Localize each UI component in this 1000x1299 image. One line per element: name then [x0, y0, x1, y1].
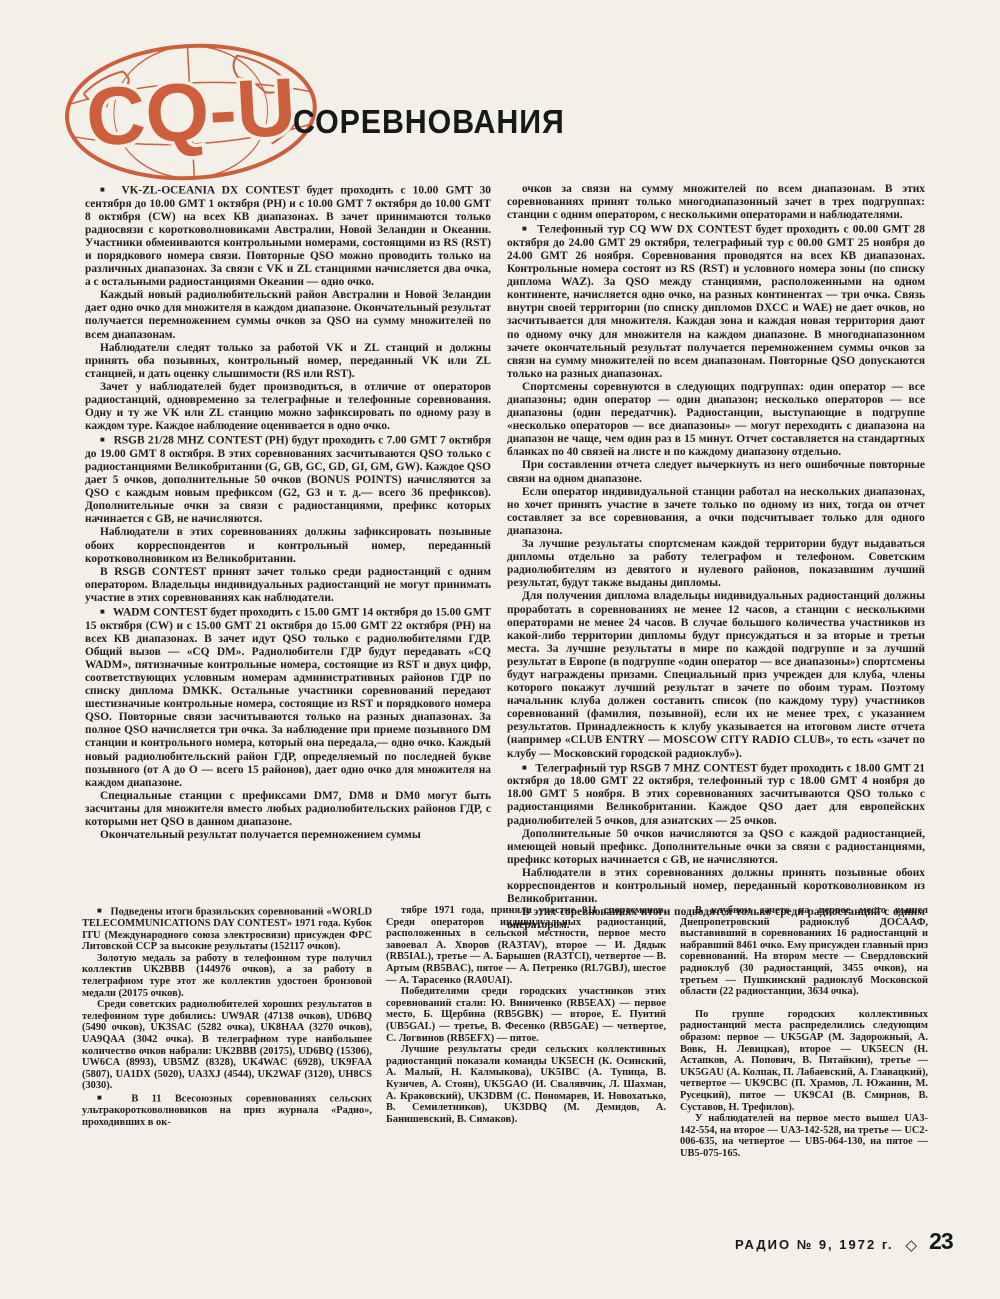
page-title: СОРЕВНОВАНИЯ	[293, 103, 565, 141]
paragraph: При составлении отчета следует вычеркнут…	[507, 459, 925, 485]
section-bullet-icon: ■	[100, 185, 121, 194]
bottom-three-column-section: ■ Подведены итоги бразильских соревнован…	[82, 905, 928, 1159]
section-bullet-icon: ■	[100, 607, 113, 616]
paragraph: ■ VK-ZL-OCEANIA DX CONTEST будет проходи…	[85, 183, 491, 289]
paragraph: ■ Телеграфный тур RSGB 7 MHZ CONTEST буд…	[507, 761, 925, 828]
page-number: 23	[929, 1228, 953, 1255]
paragraph: Победителями среди городских участников …	[386, 986, 666, 1044]
paragraph: Зачет у наблюдателей будет производиться…	[85, 381, 491, 433]
paragraph: ■ RSGB 21/28 MHZ CONTEST (PH) будут прох…	[85, 433, 491, 526]
page-footer: РАДИО № 9, 1972 г. ◇ 23	[735, 1228, 953, 1255]
section-bullet-icon: ■	[97, 906, 111, 915]
paragraph: ■ Телефонный тур CQ WW DX CONTEST будет …	[507, 222, 925, 381]
paragraph: За лучшие результаты спортсменам каждой …	[507, 538, 925, 590]
bottom-column-2: тябре 1971 года, приняли участие 911 спо…	[386, 905, 666, 1159]
logo-text: CQ-U	[84, 62, 298, 164]
paragraph: Наблюдатели в этих соревнованиях должны …	[507, 867, 925, 906]
paragraph: очков за связи на сумму множителей по вс…	[507, 183, 925, 222]
bottom-column-3: В клубном зачете на первое место вышел Д…	[680, 905, 928, 1159]
paragraph: Наблюдатели следят только за работой VK …	[85, 342, 491, 381]
paragraph: По группе городских коллективных радиост…	[680, 1009, 928, 1113]
top-right-column: очков за связи на сумму множителей по вс…	[507, 183, 925, 932]
diamond-icon: ◇	[906, 1236, 918, 1254]
paragraph: Для получения диплома владельцы индивиду…	[507, 590, 925, 760]
paragraph: Спортсмены соревнуются в следующих подгр…	[507, 381, 925, 460]
paragraph: Дополнительные 50 очков начисляются за Q…	[507, 828, 925, 867]
paragraph: Золотую медаль за работу в телефонном ту…	[82, 953, 372, 999]
section-bullet-icon: ■	[97, 1093, 131, 1102]
section-bullet-icon: ■	[100, 435, 114, 444]
section-bullet-icon: ■	[522, 224, 537, 233]
paragraph: Наблюдатели в этих соревнованиях должны …	[85, 526, 491, 565]
paragraph: ■ Подведены итоги бразильских соревнован…	[82, 905, 372, 953]
paragraph: В RSGB CONTEST принят зачет только среди…	[85, 566, 491, 605]
paragraph: Окончательный результат получается перем…	[85, 829, 491, 842]
paragraph: ■ В 11 Всесоюзных соревнованиях сельских…	[82, 1092, 372, 1128]
magazine-page: CQ-U СОРЕВНОВАНИЯ ■ VK-ZL-OCEANIA DX CON…	[0, 0, 1000, 1299]
journal-title: РАДИО № 9, 1972 г.	[735, 1237, 894, 1252]
paragraph: Лучшие результаты среди сельских коллект…	[386, 1044, 666, 1125]
paragraph: ■ WADM CONTEST будет проходить с 15.00 G…	[85, 605, 491, 790]
paragraph: тябре 1971 года, приняли участие 911 спо…	[386, 905, 666, 986]
top-two-column-section: ■ VK-ZL-OCEANIA DX CONTEST будет проходи…	[85, 183, 925, 932]
paragraph: У наблюдателей на первое место вышел UA3…	[680, 1113, 928, 1159]
section-bullet-icon: ■	[522, 763, 535, 772]
paragraph: В клубном зачете на первое место вышел Д…	[680, 905, 928, 998]
paragraph: Каждый новый радиолюбительский район Авс…	[85, 289, 491, 341]
globe-icon: CQ-U	[60, 38, 322, 190]
cq-u-logo: CQ-U	[60, 38, 322, 190]
top-left-column: ■ VK-ZL-OCEANIA DX CONTEST будет проходи…	[85, 183, 491, 932]
paragraph: Если оператор индивидуальной станции раб…	[507, 486, 925, 538]
bottom-column-1: ■ Подведены итоги бразильских соревнован…	[82, 905, 372, 1159]
paragraph: Среди советских радиолюбителей хороших р…	[82, 999, 372, 1092]
paragraph: Специальные станции с префиксами DM7, DM…	[85, 790, 491, 829]
